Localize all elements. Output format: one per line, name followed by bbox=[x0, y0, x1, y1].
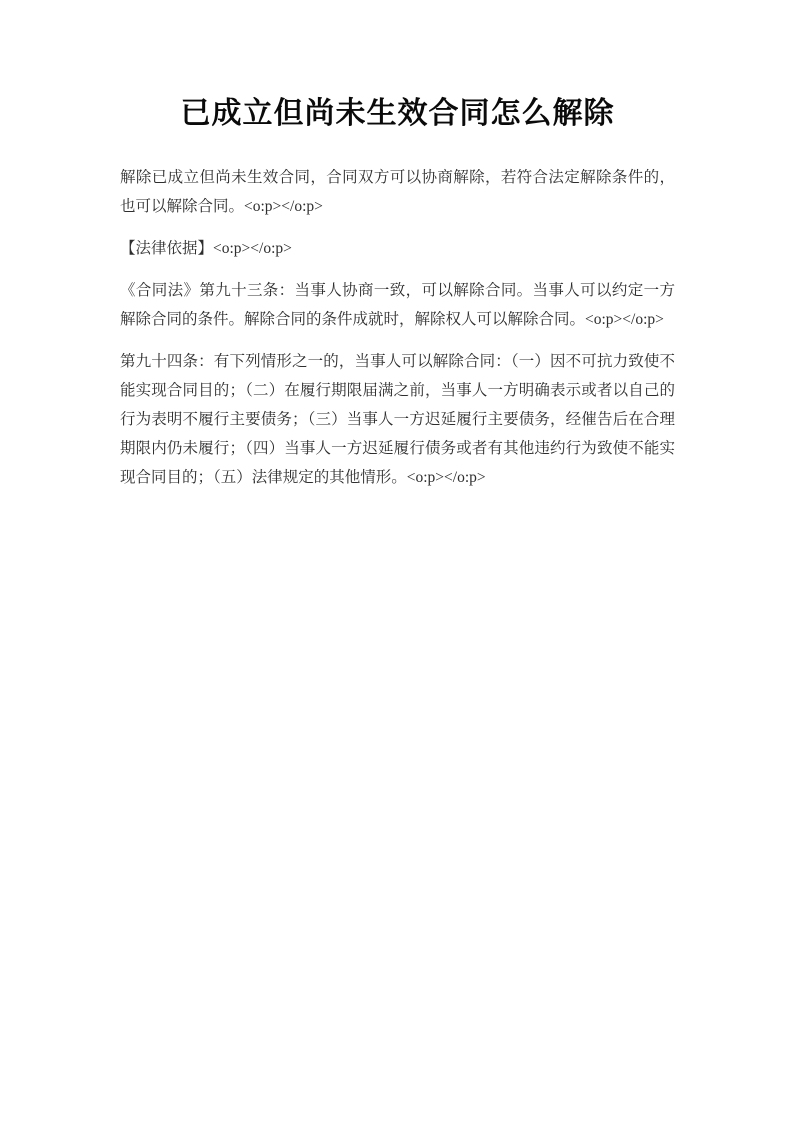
paragraph-intro: 解除已成立但尚未生效合同，合同双方可以协商解除，若符合法定解除条件的，也可以解除… bbox=[120, 163, 675, 221]
paragraph-article-94: 第九十四条：有下列情形之一的，当事人可以解除合同：（一）因不可抗力致使不能实现合… bbox=[120, 347, 675, 492]
document-title: 已成立但尚未生效合同怎么解除 bbox=[120, 96, 675, 132]
paragraph-legal-basis-heading: 【法律依据】<o:p></o:p> bbox=[120, 234, 675, 263]
document-page: 已成立但尚未生效合同怎么解除 解除已成立但尚未生效合同，合同双方可以协商解除，若… bbox=[0, 0, 793, 1122]
document-content: 已成立但尚未生效合同怎么解除 解除已成立但尚未生效合同，合同双方可以协商解除，若… bbox=[0, 0, 793, 492]
paragraph-article-93: 《合同法》第九十三条：当事人协商一致，可以解除合同。当事人可以约定一方解除合同的… bbox=[120, 276, 675, 334]
